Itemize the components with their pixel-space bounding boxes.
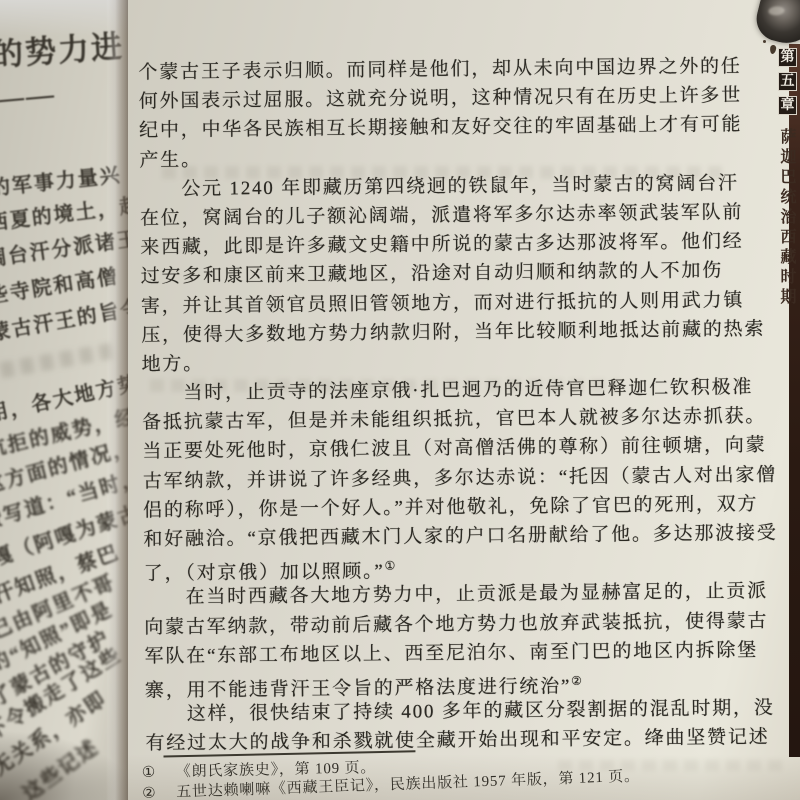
book-photo: 的势力进——的军事力量兴西夏的境土，起阔台汗分派诸王些寺院和高僧蒙古汗王的旨令用… [0, 0, 800, 800]
left-page-fragment: 的势力进 [0, 21, 125, 75]
chapter-tab-box-char: 五 [778, 72, 797, 91]
footnote-rows: ①《朗氏家族史》，第 109 页。②五世达赖喇嘛《西藏王臣记》，民族出版社 19… [142, 749, 793, 800]
chapter-tab-title-char: 萨 [779, 128, 798, 148]
left-page: 的势力进——的军事力量兴西夏的境土，起阔台汗分派诸王些寺院和高僧蒙古汗王的旨令用… [0, 0, 132, 800]
ghost-showthrough [558, 760, 783, 771]
footnote-marker: ② [142, 783, 177, 800]
chapter-tab-title-char: 统 [779, 188, 798, 208]
footnote-text: 《朗氏家族史》，第 109 页。 [176, 758, 377, 783]
footnote: ②五世达赖喇嘛《西藏王臣记》，民族出版社 1957 年版，第 121 页。 [142, 761, 792, 800]
footnote-ref: ② [571, 674, 582, 688]
main-text-block: 个蒙古王子表示归顺。而同样是他们，却从未向中国边界之外的任何外国表示过屈服。这就… [138, 52, 780, 759]
footnote-ref: ① [384, 559, 395, 573]
chapter-tab-title-char: 巴 [779, 168, 798, 188]
footnote-text: 五世达赖喇嘛《西藏王臣记》，民族出版社 1957 年版，第 121 页。 [176, 767, 640, 800]
footnote-marker: ① [142, 762, 176, 784]
right-page: 个蒙古王子表示归顺。而同样是他们，却从未向中国边界之外的任何外国表示过屈服。这就… [128, 0, 800, 800]
chapter-tab-title-char: 藏 [779, 248, 798, 268]
chapter-tab-box-char: 第 [778, 48, 797, 67]
chapter-tab-title-char: 迦 [779, 148, 798, 168]
chapter-tab-title-char: 治 [779, 208, 798, 228]
footnote: ①《朗氏家族史》，第 109 页。 [142, 749, 792, 784]
ink-dot-icon [763, 40, 766, 43]
text-line: 有经过太大的战争和杀戮就使全藏开始出现和平安定。绛曲坚赞记述 [145, 723, 780, 759]
chapter-tab-title-char: 时 [779, 268, 798, 288]
chapter-tab-title-char: 期 [779, 288, 798, 308]
chapter-tab-title-char: 西 [779, 228, 798, 248]
left-page-fragment: —— [0, 79, 57, 116]
left-page-bottom-shadow [0, 730, 132, 800]
chapter-tab-box-char: 章 [778, 96, 797, 115]
